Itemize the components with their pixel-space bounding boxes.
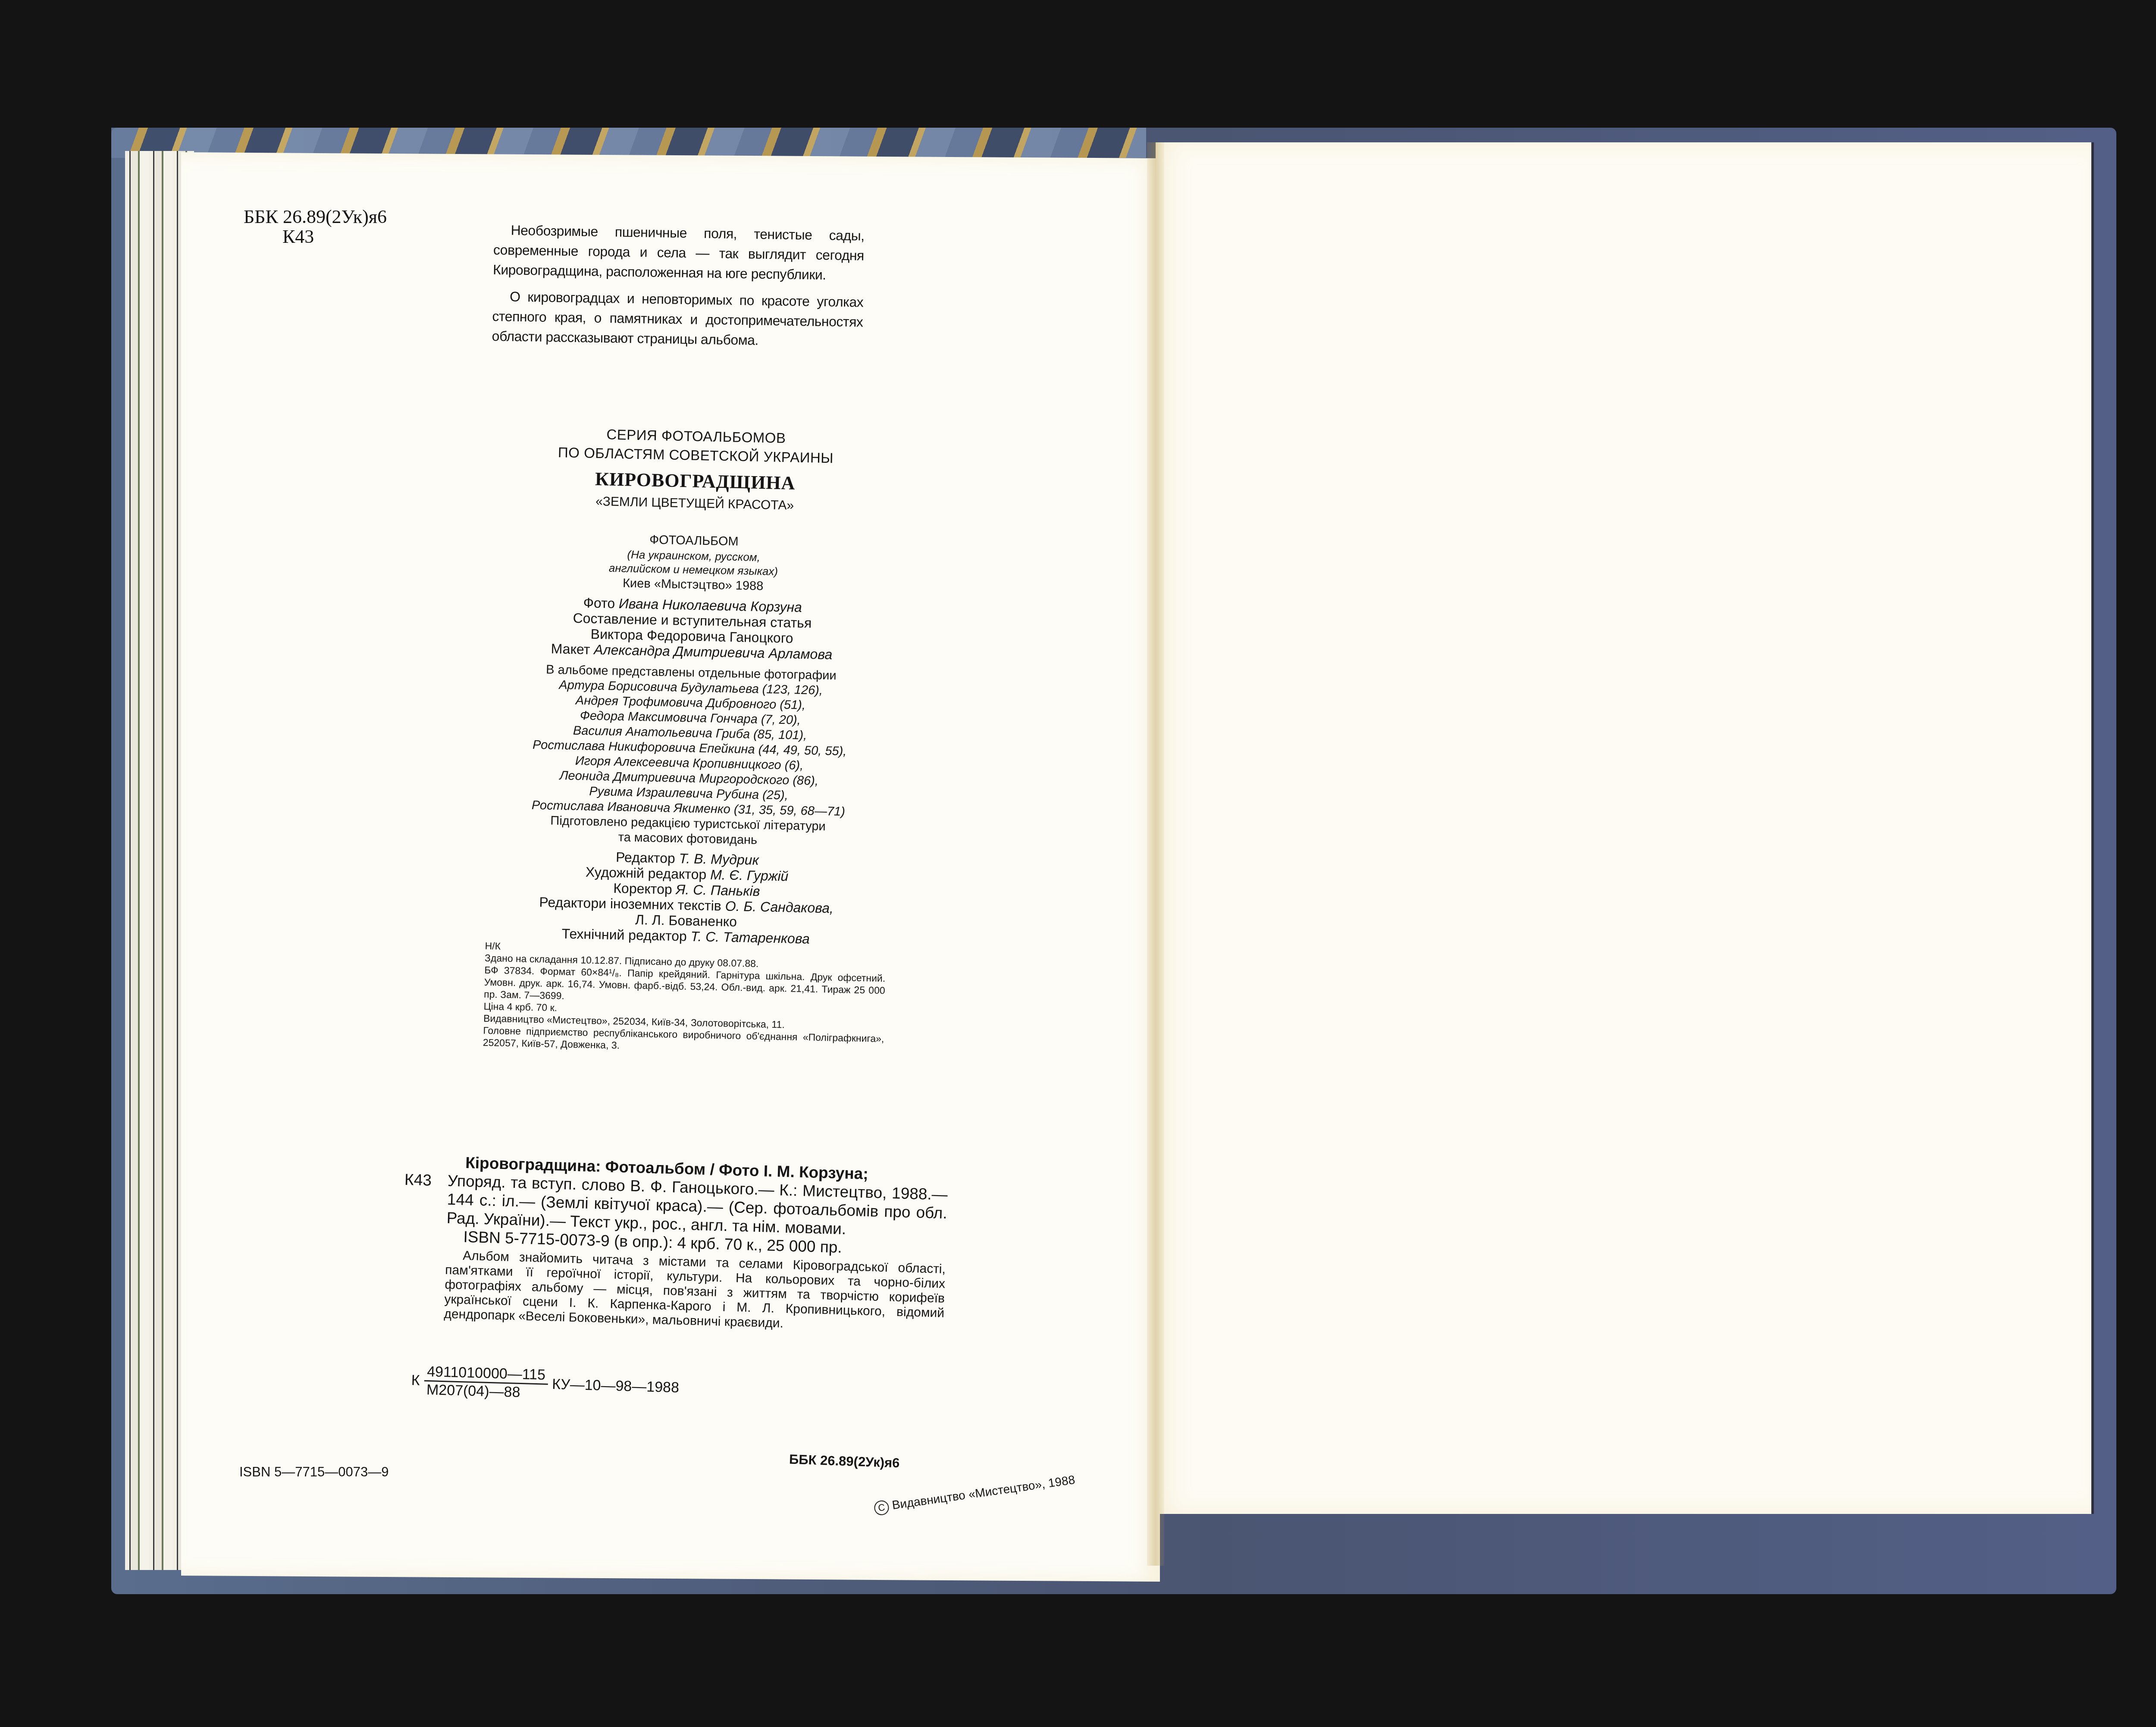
fraction: 4911010000—115 М207(04)—88 (424, 1363, 548, 1402)
spine-gutter (1147, 142, 1164, 1566)
staff-role: Коректор (613, 880, 672, 897)
staff-name: Т. В. Мудрик (679, 851, 759, 868)
staff-name: Т. С. Татаренкова (690, 929, 810, 947)
right-page-blank (1156, 142, 2094, 1514)
fraction-denominator: М207(04)—88 (424, 1382, 548, 1402)
staff-name: О. Б. Сандакова, (725, 898, 834, 916)
staff-role: Художній редактор (586, 864, 707, 882)
contributors-list: Артура Борисовича Будулатьева (123, 126)… (488, 676, 891, 820)
intro-paragraph: Необозримые пшеничные поля, тенистые сад… (493, 220, 865, 285)
staff-name: М. Є. Гуржій (710, 867, 789, 884)
bbk-code: ББК 26.89(2Ук)я6 (244, 206, 387, 227)
credit-label: Макет (551, 641, 590, 657)
staff-role: Редактор (616, 849, 675, 866)
staff-name: Я. С. Паньків (676, 882, 760, 899)
intro-text: Необозримые пшеничные поля, тенистые сад… (492, 220, 865, 358)
catalog-code: К43 (403, 1170, 448, 1227)
fraction-prefix: К (411, 1372, 420, 1389)
footer-isbn: ISBN 5—7715—0073—9 (239, 1464, 389, 1480)
title-page-block: СЕРИЯ ФОТОАЛЬБОМОВ ПО ОБЛАСТЯМ СОВЕТСКОЙ… (483, 423, 897, 1057)
fraction-suffix: КУ—10—98—1988 (552, 1376, 680, 1396)
copyright-icon: C (873, 1500, 890, 1516)
book-title: КИРОВОГРАДЩИНА (495, 466, 896, 496)
book-subtitle: «ЗЕМЛИ ЦВЕТУЩЕЙ КРАСОТА» (494, 492, 896, 515)
catalog-card: Кіровоградщина: Фотоальбом / Фото І. М. … (401, 1152, 948, 1335)
catalog-annotation: Альбом знайомить читача з містами та сел… (401, 1247, 946, 1335)
intro-paragraph: О кировоградцах и неповторимых по красот… (492, 286, 863, 352)
catalog-fraction: К 4911010000—115 М207(04)—88 КУ—10—98—19… (411, 1363, 680, 1405)
author-mark: К43 (244, 227, 387, 247)
staff-role: Технічний редактор (561, 926, 687, 944)
credit-label: Фото (583, 595, 615, 611)
bbk-header: ББК 26.89(2Ук)я6 К43 (244, 207, 387, 247)
